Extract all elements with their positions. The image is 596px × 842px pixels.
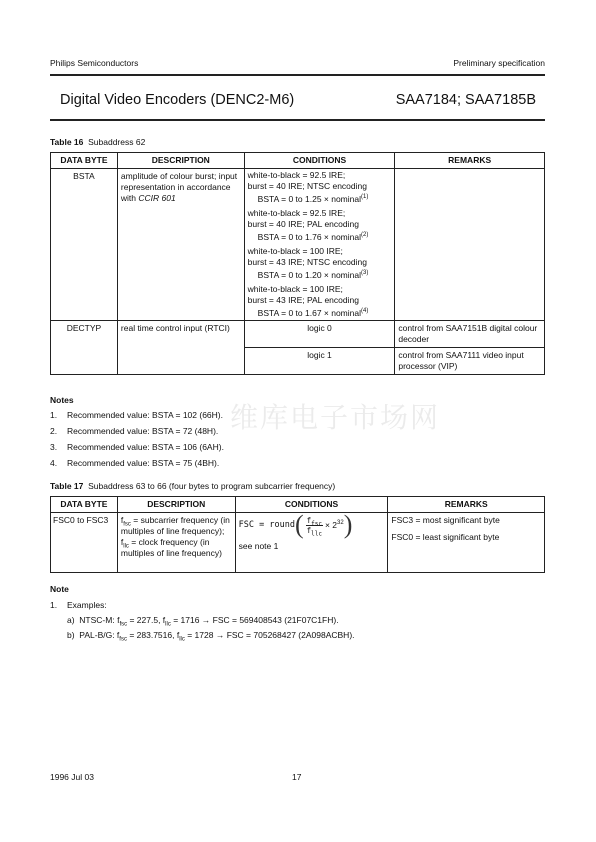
- table-row: DECTYP real time control input (RTCI) lo…: [51, 321, 545, 348]
- col-header-data-byte: DATA BYTE: [51, 497, 118, 513]
- fsc-formula: FSC = round ( ffsc fllc × 232 ): [239, 515, 385, 535]
- condition-range: BSTA = 0 to 1.67 × nominal(4): [248, 308, 392, 319]
- note-ref[interactable]: (2): [361, 232, 368, 238]
- notes-heading: Notes: [50, 395, 74, 405]
- condition-line: white-to-black = 100 IRE;: [248, 284, 392, 295]
- condition-block: white-to-black = 92.5 IRE; burst = 40 IR…: [248, 170, 392, 205]
- condition-range: BSTA = 0 to 1.20 × nominal(3): [248, 270, 392, 281]
- condition-line: burst = 43 IRE; NTSC encoding: [248, 257, 392, 268]
- condition-line: burst = 40 IRE; PAL encoding: [248, 219, 392, 230]
- table17-label: Table 17: [50, 481, 83, 491]
- table16-title: Subaddress 62: [88, 137, 145, 147]
- table16: DATA BYTE DESCRIPTION CONDITIONS REMARKS…: [50, 152, 545, 375]
- condition-block: white-to-black = 100 IRE; burst = 43 IRE…: [248, 284, 392, 319]
- example-ntsc: a) NTSC-M: ffsc = 227.5, fllc = 1716 → F…: [67, 615, 339, 625]
- page-number: 17: [292, 772, 301, 782]
- table-row: BSTA amplitude of colour burst; input re…: [51, 169, 545, 321]
- see-note-link[interactable]: see note 1: [239, 541, 385, 552]
- col-header-description: DESCRIPTION: [117, 497, 235, 513]
- condition-line: white-to-black = 92.5 IRE;: [248, 208, 392, 219]
- formula-lhs: FSC = round: [239, 520, 295, 531]
- conditions-fsc: FSC = round ( ffsc fllc × 232 ) see note…: [235, 513, 388, 573]
- description-dectyp: real time control input (RTCI): [117, 321, 244, 375]
- table16-caption: Table 16 Subaddress 62: [50, 137, 145, 147]
- watermark-text: 维库电子市场网: [230, 396, 440, 436]
- condition-block: white-to-black = 100 IRE; burst = 43 IRE…: [248, 246, 392, 281]
- remark-logic1: control from SAA7111 video input process…: [395, 348, 545, 375]
- note-item: 2.Recommended value: BSTA = 72 (48H).: [50, 426, 218, 436]
- condition-line: burst = 43 IRE; PAL encoding: [248, 295, 392, 306]
- description-bsta: amplitude of colour burst; input represe…: [117, 169, 244, 321]
- data-byte-bsta: BSTA: [51, 169, 118, 321]
- ccir-reference: CCIR 601: [138, 193, 175, 203]
- remark-line: FSC3 = most significant byte: [391, 515, 541, 526]
- data-byte-dectyp: DECTYP: [51, 321, 118, 375]
- table17-title: Subaddress 63 to 66 (four bytes to progr…: [88, 481, 335, 491]
- header-rule-bottom: [50, 119, 545, 121]
- note-item: 1.Examples:: [50, 600, 107, 610]
- data-byte-fsc: FSC0 to FSC3: [51, 513, 118, 573]
- col-header-conditions: CONDITIONS: [235, 497, 388, 513]
- note-ref[interactable]: (1): [361, 194, 368, 200]
- condition-line: burst = 40 IRE; NTSC encoding: [248, 181, 392, 192]
- part-numbers: SAA7184; SAA7185B: [396, 92, 536, 108]
- condition-line: white-to-black = 100 IRE;: [248, 246, 392, 257]
- note-ref[interactable]: (3): [361, 270, 368, 276]
- fraction: ffsc fllc: [306, 516, 323, 535]
- left-paren-icon: (: [295, 515, 304, 535]
- table16-header-row: DATA BYTE DESCRIPTION CONDITIONS REMARKS: [51, 153, 545, 169]
- remark-logic0: control from SAA7151B digital colour dec…: [395, 321, 545, 348]
- remarks-bsta: [395, 169, 545, 321]
- condition-range: BSTA = 0 to 1.25 × nominal(1): [248, 194, 392, 205]
- condition-line: white-to-black = 92.5 IRE;: [248, 170, 392, 181]
- col-header-description: DESCRIPTION: [117, 153, 244, 169]
- document-title: Digital Video Encoders (DENC2-M6): [60, 92, 294, 108]
- note-ref[interactable]: (4): [361, 308, 368, 314]
- note-item: 4.Recommended value: BSTA = 75 (4BH).: [50, 458, 219, 468]
- note-item: 1.Recommended value: BSTA = 102 (66H).: [50, 410, 223, 420]
- col-header-data-byte: DATA BYTE: [51, 153, 118, 169]
- note-heading: Note: [50, 584, 69, 594]
- condition-range: BSTA = 0 to 1.76 × nominal(2): [248, 232, 392, 243]
- header-rule-top: [50, 74, 545, 76]
- remark-line: FSC0 = least significant byte: [391, 532, 541, 543]
- note-item: 3.Recommended value: BSTA = 106 (6AH).: [50, 442, 224, 452]
- footer-date: 1996 Jul 03: [50, 772, 94, 782]
- col-header-conditions: CONDITIONS: [244, 153, 395, 169]
- example-pal: b) PAL-B/G: ffsc = 283.7516, fllc = 1728…: [67, 630, 355, 640]
- condition-logic0: logic 0: [244, 321, 395, 348]
- conditions-bsta: white-to-black = 92.5 IRE; burst = 40 IR…: [244, 169, 395, 321]
- table-row: FSC0 to FSC3 ffsc = subcarrier frequency…: [51, 513, 545, 573]
- company-name: Philips Semiconductors: [50, 58, 138, 68]
- remarks-fsc: FSC3 = most significant byte FSC0 = leas…: [388, 513, 545, 573]
- table16-label: Table 16: [50, 137, 83, 147]
- description-fsc: ffsc = subcarrier frequency (in multiple…: [117, 513, 235, 573]
- condition-block: white-to-black = 92.5 IRE; burst = 40 IR…: [248, 208, 392, 243]
- table17-caption: Table 17 Subaddress 63 to 66 (four bytes…: [50, 481, 335, 491]
- document-type: Preliminary specification: [453, 58, 545, 68]
- table17: DATA BYTE DESCRIPTION CONDITIONS REMARKS…: [50, 496, 545, 573]
- col-header-remarks: REMARKS: [395, 153, 545, 169]
- condition-logic1: logic 1: [244, 348, 395, 375]
- right-paren-icon: ): [344, 515, 353, 535]
- col-header-remarks: REMARKS: [388, 497, 545, 513]
